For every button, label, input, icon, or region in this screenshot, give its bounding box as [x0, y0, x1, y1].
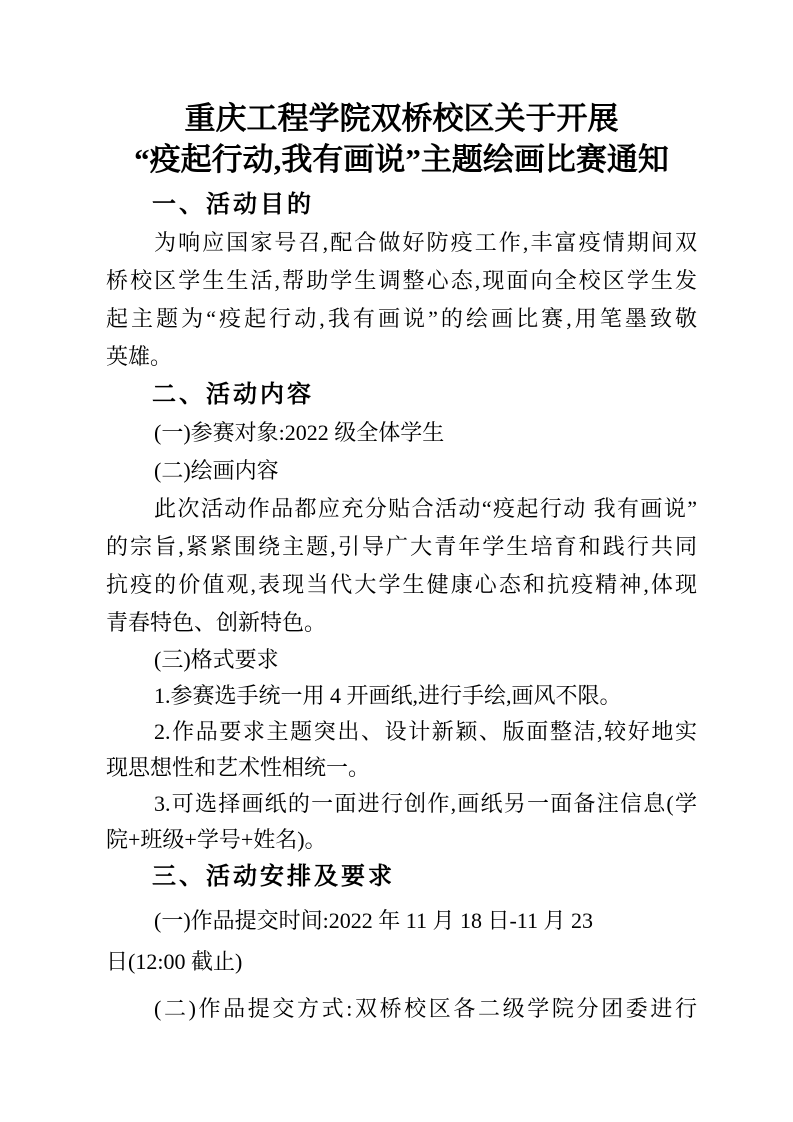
document-title-line2: “疫起行动,我有画说”主题绘画比赛通知 [106, 139, 697, 180]
doc-text-line: (一)参赛对象:2022 级全体学生 [106, 414, 697, 452]
section-heading: 一、活动目的 [106, 186, 697, 224]
document-page: 重庆工程学院双桥校区关于开展 “疫起行动,我有画说”主题绘画比赛通知 一、活动目… [0, 0, 793, 1122]
doc-text-line: 院+班级+学号+姓名)。 [106, 822, 697, 858]
doc-text-line: 起主题为“疫起行动,我有画说”的绘画比赛,用笔墨致敬 [106, 300, 697, 338]
doc-text-line: (二)作品提交方式:双桥校区各二级学院分团委进行 [106, 990, 697, 1028]
doc-text-line: 2.作品要求主题突出、设计新颖、版面整洁,较好地实 [106, 714, 697, 750]
doc-text-line: 为响应国家号召,配合做好防疫工作,丰富疫情期间双 [106, 224, 697, 262]
doc-text-line: 桥校区学生生活,帮助学生调整心态,现面向全校区学生发 [106, 262, 697, 300]
doc-text-line: 日(12:00 截止) [106, 943, 697, 981]
section-heading: 三、活动安排及要求 [106, 858, 697, 896]
doc-text-line: 抗疫的价值观,表现当代大学生健康心态和抗疫精神,体现 [106, 566, 697, 604]
doc-text-line: 英雄。 [106, 338, 697, 376]
document-title-line1: 重庆工程学院双桥校区关于开展 [106, 98, 697, 139]
document-body: 一、活动目的为响应国家号召,配合做好防疫工作,丰富疫情期间双桥校区学生生活,帮助… [106, 186, 697, 1028]
doc-text-line: 1.参赛选手统一用 4 开画纸,进行手绘,画风不限。 [106, 678, 697, 714]
document-title: 重庆工程学院双桥校区关于开展 “疫起行动,我有画说”主题绘画比赛通知 [106, 98, 697, 180]
doc-text-line: 现思想性和艺术性相统一。 [106, 750, 697, 786]
doc-text-line: (一)作品提交时间:2022 年 11 月 18 日-11 月 23 [106, 902, 697, 940]
doc-text-line: 3.可选择画纸的一面进行创作,画纸另一面备注信息(学 [106, 786, 697, 822]
doc-text-line: 的宗旨,紧紧围绕主题,引导广大青年学生培育和践行共同 [106, 528, 697, 566]
doc-text-line: 此次活动作品都应充分贴合活动“疫起行动 我有画说” [106, 490, 697, 528]
doc-text-line: 青春特色、创新特色。 [106, 604, 697, 642]
section-heading: 二、活动内容 [106, 376, 697, 414]
doc-text-line: (二)绘画内容 [106, 452, 697, 490]
doc-text-line: (三)格式要求 [106, 642, 697, 678]
